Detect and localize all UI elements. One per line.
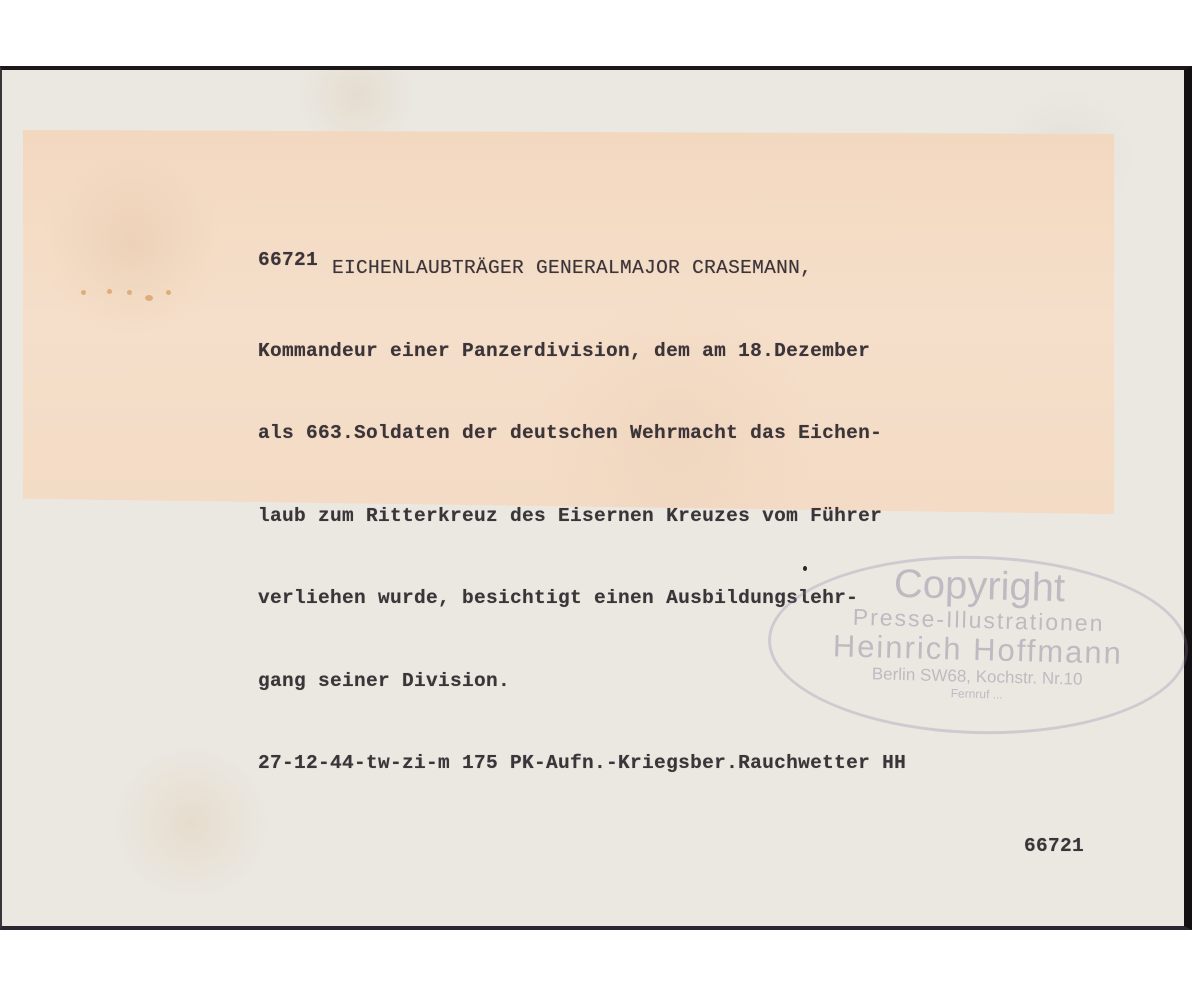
stain — [81, 290, 86, 295]
stain — [145, 295, 153, 301]
stain — [127, 290, 132, 295]
reference-number: 66721 — [258, 247, 318, 275]
caption-body-line: als 663.Soldaten der deutschen Wehrmacht… — [258, 420, 1108, 448]
stain — [166, 290, 171, 295]
footer-number: 66721 — [258, 833, 1084, 861]
caption-title-line: 66721EICHENLAUBTRÄGER GENERALMAJOR CRASE… — [258, 255, 1108, 283]
stain — [107, 289, 112, 294]
caption-body-line: laub zum Ritterkreuz des Eisernen Kreuze… — [258, 503, 1108, 531]
caption-body-line: Kommandeur einer Panzerdivision, dem am … — [258, 338, 1108, 366]
caption-title: EICHENLAUBTRÄGER GENERALMAJOR CRASEMANN, — [332, 257, 812, 279]
credit-line: 27-12-44-tw-zi-m 175 PK-Aufn.-Kriegsber.… — [258, 750, 1108, 778]
typed-caption: 66721EICHENLAUBTRÄGER GENERALMAJOR CRASE… — [258, 200, 1108, 888]
